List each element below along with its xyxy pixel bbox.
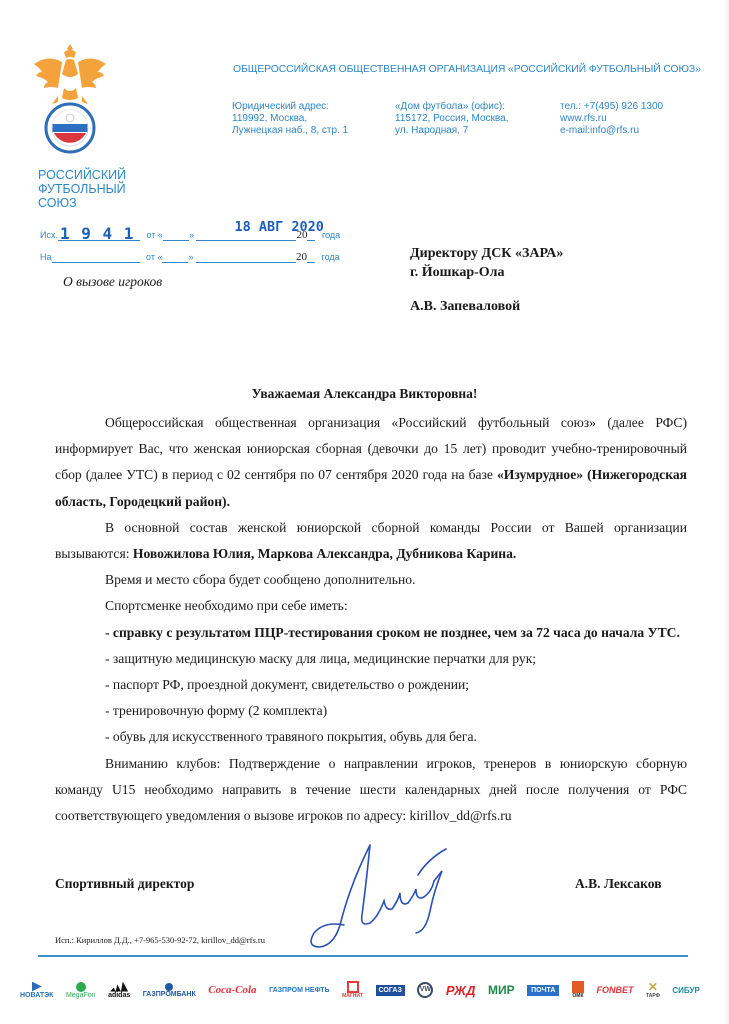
phone: тел.: +7(495) 926 1300 <box>560 101 663 113</box>
quote: » <box>189 230 194 240</box>
footer-divider <box>38 955 688 957</box>
sponsor-logo-tarf: ✕ТАРФ <box>646 981 660 999</box>
address-line: 115172, Россия, Москва, <box>395 113 508 125</box>
sponsor-name: MegaFon <box>66 992 96 999</box>
signatory-role: Спортивный директор <box>55 876 194 892</box>
year-suffix: года <box>322 230 340 240</box>
sponsor-name: СОГАЗ <box>376 985 405 996</box>
year-suffix: года <box>322 252 340 262</box>
org-short-line: РОССИЙСКИЙ <box>38 168 126 182</box>
requirement-item: - обувь для искусственного травяного пок… <box>55 724 687 750</box>
org-short-line: СОЮЗ <box>38 196 126 210</box>
sponsor-logo-adidas: adidas <box>108 982 130 999</box>
paragraph-requirements: Спортсменке необходимо при себе иметь: <box>55 593 687 619</box>
requirement-item: - тренировочную форму (2 комплекта) <box>55 698 687 724</box>
address-line: ул. Народная, 7 <box>395 125 508 137</box>
sponsors-bar: НОВАТЭК MegaFon adidas ГАЗПРОМБАНК Coca-… <box>20 975 700 1005</box>
website-link[interactable]: www.rfs.ru <box>560 113 663 125</box>
sponsor-logo-novatek: НОВАТЭК <box>20 982 53 999</box>
sponsor-logo-sibur: СИБУР <box>672 986 699 995</box>
office-address: «Дом футбола» (офис): 115172, Россия, Мо… <box>395 101 508 137</box>
address-line: Юридический адрес: <box>232 101 348 113</box>
org-short-line: ФУТБОЛЬНЫЙ <box>38 182 126 196</box>
outgoing-label: Исх. <box>40 230 58 240</box>
recipient-title: Директору ДСК «ЗАРА» <box>410 244 563 263</box>
date-stamp: 18 АВГ 2020 <box>234 219 323 235</box>
incoming-row: На от «» 20 года <box>40 251 340 263</box>
sponsor-logo-magnit: МАГНИТ <box>342 981 363 999</box>
sponsor-logo-gazprombank: ГАЗПРОМБАНК <box>143 983 196 998</box>
from-label: от « <box>147 230 163 240</box>
sponsor-logo-gazpromneft: ГАЗПРОМ НЕФТЬ <box>269 987 330 994</box>
org-short-name: РОССИЙСКИЙ ФУТБОЛЬНЫЙ СОЮЗ <box>38 168 126 210</box>
letter-body: Общероссийская общественная организация … <box>55 410 687 829</box>
contacts: тел.: +7(495) 926 1300 www.rfs.ru e-mail… <box>560 101 663 137</box>
sponsor-name: РЖД <box>446 983 476 998</box>
sponsor-name: Coca-Cola <box>208 984 256 996</box>
quote: » <box>188 252 193 262</box>
sponsor-name: МИР <box>488 983 515 997</box>
sponsor-name: СИБУР <box>672 986 699 995</box>
rfs-eagle-logo-icon <box>30 38 110 158</box>
sponsor-logo-mir: МИР <box>488 983 515 997</box>
incoming-label: На <box>40 252 52 262</box>
handwritten-signature-icon <box>300 835 480 955</box>
sponsor-name: НОВАТЭК <box>20 992 53 999</box>
address-line: «Дом футбола» (офис): <box>395 101 508 113</box>
recipient-name: А.В. Запеваловой <box>410 297 520 316</box>
email-link[interactable]: e-mail:info@rfs.ru <box>560 125 663 137</box>
sponsor-logo-rzd: РЖД <box>446 983 476 998</box>
scan-edge <box>723 0 729 1024</box>
sponsor-name: ПОЧТА <box>527 985 559 996</box>
address-line: Лужнецкая наб., 8, стр. 1 <box>232 125 348 137</box>
sponsor-name: МАГНИТ <box>342 993 363 999</box>
requirement-pcr: - справку с результатом ПЦР-тестирования… <box>55 620 687 646</box>
sponsor-name: FONBET <box>596 985 633 995</box>
sponsor-logo-cocacola: Coca-Cola <box>208 984 256 996</box>
sponsor-logo-vw: VW <box>417 982 433 998</box>
paragraph-attention: Вниманию клубов: Подтверждение о направл… <box>55 751 687 830</box>
year: 20 <box>296 251 307 263</box>
requirement-item: - паспорт РФ, проездной документ, свидет… <box>55 672 687 698</box>
greeting: Уважаемая Александра Викторовна! <box>0 386 729 402</box>
outgoing-row: Исх.1 9 4 1 от «» 18 АВГ 202020 года <box>40 229 340 241</box>
paragraph-intro: Общероссийская общественная организация … <box>55 410 687 515</box>
sponsor-name: ГАЗПРОМ НЕФТЬ <box>269 987 330 994</box>
paragraph-time: Время и место сбора будет сообщено допол… <box>55 567 687 593</box>
players-list: Новожилова Юлия, Маркова Александра, Дуб… <box>133 546 516 561</box>
requirement-item: - защитную медицинскую маску для лица, м… <box>55 646 687 672</box>
sponsor-logo-sogaz: СОГАЗ <box>376 985 405 996</box>
outgoing-number: 1 9 4 1 <box>60 224 134 243</box>
signatory-name: А.В. Лексаков <box>575 876 662 892</box>
sponsor-name: ГАЗПРОМБАНК <box>143 991 196 998</box>
sponsor-name: ТАРФ <box>646 993 660 999</box>
paragraph-players: В основной состав женской юниорской сбор… <box>55 515 687 567</box>
sponsor-logo-fonbet: FONBET <box>596 985 633 995</box>
address-line: 119992, Москва, <box>232 113 348 125</box>
letter-subject: О вызове игроков <box>63 274 162 290</box>
sponsor-logo-megafon: MegaFon <box>66 982 96 999</box>
sponsor-name: adidas <box>108 992 130 999</box>
recipient-city: г. Йошкар-Ола <box>410 263 505 282</box>
executor-info: Исп.: Кириллов Д.Д., +7-965-530-92-72, k… <box>55 935 265 945</box>
from-label: от « <box>146 252 162 262</box>
legal-address: Юридический адрес: 119992, Москва, Лужне… <box>232 101 348 137</box>
org-full-name: ОБЩЕРОССИЙСКАЯ ОБЩЕСТВЕННАЯ ОРГАНИЗАЦИЯ … <box>233 64 701 75</box>
sponsor-logo-pochta: ПОЧТА <box>527 985 559 996</box>
sponsor-name: ОМК <box>572 993 583 999</box>
sponsor-logo-omk: ОМК <box>572 981 584 999</box>
